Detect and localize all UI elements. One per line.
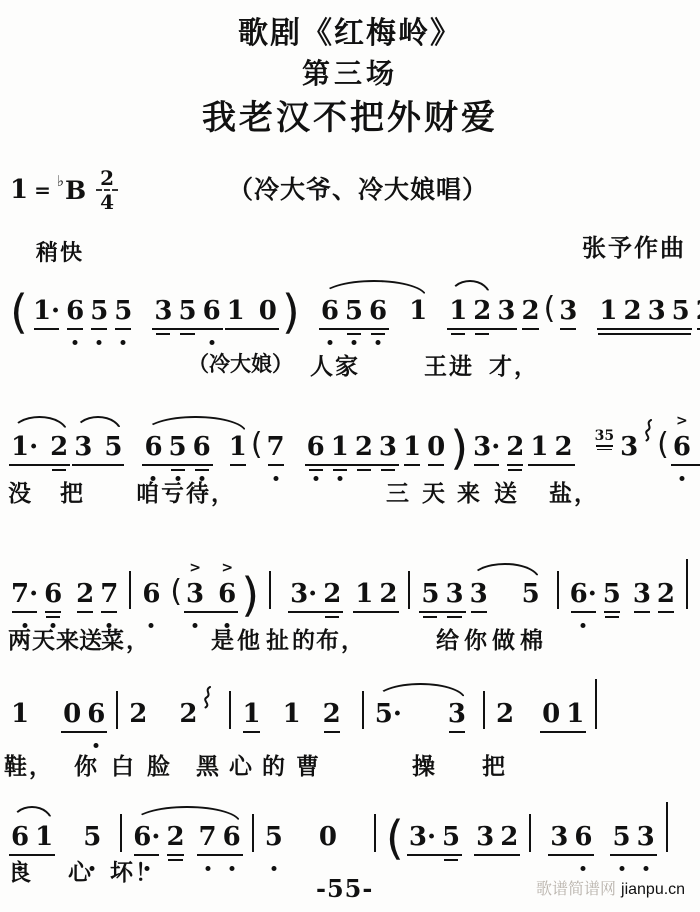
lyric-word: 布， [316,622,366,655]
note: 6 [193,432,211,462]
beam-line [52,469,66,471]
barline [529,814,531,852]
note: 2 [166,822,184,852]
note: 3 [559,296,577,326]
note: 2 [696,296,700,326]
note: 2 [657,579,675,609]
lyric-word: 两 [8,622,33,655]
note: 2 [473,296,491,326]
barline [252,814,254,852]
note: 2 [554,432,572,462]
beam-line [423,616,437,618]
lyric-word: 棉 [520,622,545,655]
beam-line [605,616,619,618]
lyric-word: 操 [412,748,437,781]
note: 2 [355,432,373,462]
note: 3· [473,432,500,462]
song-title: 我老汉不把外财爱 [0,90,700,139]
spacer [214,461,226,462]
note: 6 [11,822,29,852]
octave-dot [351,340,356,345]
lyric-word: 你 [464,622,489,655]
lyric-word: 没 [8,475,33,508]
slur-tie [449,280,491,297]
note: 6· [570,579,597,609]
composer-label: 张予作曲 [582,228,686,263]
note: 6 [321,296,339,326]
beam-line [428,464,444,466]
note: 3 [448,699,466,729]
meter-unit: 4 [100,191,114,212]
note: 5· [375,699,402,729]
note: 1 [530,432,548,462]
watermark-site: 歌谱简谱网 [536,881,616,898]
note: 7· [11,579,38,609]
parenthesis: ) [241,575,259,615]
note: 1· [33,296,60,326]
beam-line [522,328,538,330]
lyric-word: 曹 [296,748,321,781]
note: 1 [35,822,53,852]
lyrics-line-1: （冷大娘） 人家 王进 才， [0,348,700,378]
note-group: 1235 [596,296,692,326]
lyric-word: 的 [262,748,287,781]
note-group: 32 [473,822,521,852]
note: 1 [409,296,427,326]
note: 1 [283,699,301,729]
glissando-icon [643,419,654,452]
beam-line [540,731,586,733]
spacer [304,728,320,729]
note: 3 [470,579,488,609]
slur-tie [144,416,246,433]
spacer [188,851,196,852]
octave-dot [209,340,214,345]
rest-note: 0 [63,699,81,729]
lyric-word: （冷大娘） [188,348,293,378]
note: 2 [76,579,94,609]
notation-line-5: 6156·27650(3·5323653 [8,788,696,852]
glissando-icon [202,686,213,719]
note: 3 [476,822,494,852]
beam-line [371,333,385,335]
beam-line [142,464,212,466]
octave-dot [73,340,78,345]
note: 2 [129,699,147,729]
note-group: 5·3 [372,699,469,729]
note: 3 [637,822,655,852]
note-group: 656 [318,296,390,326]
beam-line [634,611,650,613]
parenthesis: ( [386,818,404,858]
note: 6 [307,432,325,462]
spacer [264,728,280,729]
lyric-word: 盐， [549,475,599,508]
note: 6 [574,822,592,852]
beam-line [67,328,83,330]
beam-line [156,333,170,335]
spacer [207,608,215,609]
lyric-word: 三 [386,475,411,508]
note: 6 [87,699,105,729]
note-group: 35 [467,579,543,609]
beam-line [475,333,489,335]
spacer [469,728,475,729]
note-group: 06 [60,699,108,729]
note-group: 6561 [141,432,249,462]
spacer [694,461,700,462]
lyric-word: 做 [492,622,517,655]
note: 2 [323,579,341,609]
note: 3 [379,432,397,462]
note: 2 [379,579,397,609]
barline [116,691,118,729]
note: 1 [11,699,29,729]
octave-dot [97,340,102,345]
note: 2 [179,699,197,729]
note-group: 356 [151,296,223,326]
beam-line [288,611,343,613]
watermark-url: jianpu.cn [621,881,685,898]
lyric-word: 给 [436,622,461,655]
key-do: 1 [10,175,28,205]
beam-line [72,464,124,466]
note-group: 36 [547,822,595,852]
note: 6 [44,579,62,609]
note: 3· [290,579,317,609]
flat-sign-icon: ♭ [57,172,64,190]
note: 5 [90,296,108,326]
spacer [95,461,101,462]
note: 3 [154,296,172,326]
note: 1 [449,296,467,326]
lyric-word: 心 [229,748,254,781]
barline [269,571,271,609]
spacer [104,851,112,852]
note-group: 1·2 [8,432,71,462]
lyric-word: 良 [8,854,33,887]
note: 1 [242,699,260,729]
lyric-word: 天 [32,622,57,655]
spacer [248,325,256,326]
beam-line [268,464,284,466]
page-number: -55- [316,874,373,903]
parenthesis-small: ( [544,294,556,324]
barline [557,571,559,609]
beam-line [471,611,487,613]
beam-line [171,469,185,471]
spacer [279,608,287,609]
note: 6 [66,296,84,326]
beam-line [451,333,465,335]
beam-line [46,616,60,618]
parenthesis-small: ( [251,430,263,460]
parenthesis: ) [450,428,468,468]
note: 2 [521,296,539,326]
note: 2 [496,699,514,729]
note: 1 [331,432,349,462]
beam-line [474,464,499,466]
spacer [65,608,73,609]
spacer [491,608,519,609]
note: 1· [11,432,38,462]
note: 5 [114,296,132,326]
spacer [539,851,547,852]
slur-tie [375,683,466,700]
note: 3> [186,579,204,609]
note: 3 [550,822,568,852]
beam-line [404,464,420,466]
beam-line [9,464,70,466]
beam-line [195,469,209,471]
note-group: 6561 [318,296,430,326]
beam-line [507,464,523,466]
lyric-word: 王进 [424,348,474,381]
beam-line [305,464,399,466]
lyric-word: 扯 [266,622,291,655]
note-group: 656 [141,432,213,462]
octave-dot [327,340,332,345]
barline [374,814,376,852]
barline [686,559,688,609]
key-signature: 1 = ♭ B 2 4 [10,168,118,212]
note: 5 [421,579,439,609]
beam-line [447,616,461,618]
slur-tie [74,416,122,433]
barline [666,802,668,852]
note: 5 [603,579,621,609]
note: 1 [403,432,421,462]
note-group: 3>6> [183,579,239,609]
note-group: 12 [527,432,575,462]
barline [408,571,410,609]
beam-line [324,731,340,733]
beam-line [230,464,246,466]
note-group: 6>3> [670,432,700,462]
lyric-word: 来 [457,475,482,508]
note-group: 3·5 [406,822,463,852]
spacer [517,728,539,729]
lyric-word: 天 [422,475,447,508]
lyric-word: 把 [482,748,507,781]
note: 6> [218,579,236,609]
note-group: 53 [609,822,657,852]
note: 6> [673,432,691,462]
note: 5 [442,822,460,852]
barline [120,814,122,852]
beam-line [571,611,596,613]
beam-line [152,328,222,330]
grace-notes: 35 [595,428,614,444]
note: 3 [620,432,638,462]
note: 5 [612,822,630,852]
spacer [340,851,366,852]
note: 3 [445,579,463,609]
note-group: 12 [446,296,494,326]
beam-line [357,469,371,471]
note: 5 [265,822,283,852]
beam-line [243,731,259,733]
note-group: 6123 [304,432,400,462]
meter-beats: 2 [96,168,118,191]
lyric-word: 是 [211,622,236,655]
beam-line [319,328,389,330]
beam-line [508,469,522,471]
watermark: 歌谱简谱网jianpu.cn [536,876,685,899]
notation-line-3: 7·6276(3>6>)3·21253356·532 [8,545,696,609]
note-group: 123 [446,296,518,326]
note: 7 [267,432,285,462]
note: 5 [169,432,187,462]
beam-line [309,469,323,471]
beam-line [61,731,107,733]
barline [129,571,131,609]
lyric-word: 菜， [101,622,151,655]
lyric-word: 鞋， [4,748,54,781]
beam-line [347,333,361,335]
rest-note: 0 [542,699,560,729]
parenthesis: ( [10,292,28,332]
note: 3· [409,822,436,852]
rest-note: 0 [259,296,277,326]
barline [229,691,231,729]
spacer [543,608,549,609]
beam-line [34,328,59,330]
barline [595,679,597,729]
lyric-word: 咱亏 [136,475,186,508]
lyric-word: 来 [56,622,81,655]
note: 2 [506,432,524,462]
note: 3 [633,579,651,609]
beam-line [225,328,279,330]
note-group: 12 [352,579,400,609]
note: 5 [178,296,196,326]
beam-line [333,469,347,471]
beam-line [381,469,395,471]
octave-dot [121,340,126,345]
lyric-word: 他 [237,622,262,655]
rest-note: 0 [319,822,337,852]
singers-label: （冷大爷、冷大娘唱） [228,170,488,206]
spacer [150,728,176,729]
note: 3 [497,296,515,326]
beam-line [45,611,61,613]
spacer [56,851,80,852]
note: 1 [229,432,247,462]
spacer [344,608,352,609]
beam-line [449,731,465,733]
lyrics-line-3: 两 天 来 送 菜， 是 他 扯 的 布， 给 你 做 棉 [0,622,700,652]
beam-line [528,464,574,466]
barline [483,691,485,729]
note: 5 [522,579,540,609]
beam-line [184,611,238,613]
key-letter: B [65,176,86,205]
note-group: 3·2 [287,579,344,609]
spacer [405,728,445,729]
beam-line [596,445,613,447]
note-group: 53 [418,579,466,609]
beam-line [325,616,339,618]
notation-line-2: 1·2356561(7612310)3·212353(6>3>) [8,398,696,462]
note-group: 61 [8,822,56,852]
accent-mark: > [221,560,233,576]
note-group: 01 [539,699,587,729]
slur-tie [321,280,427,297]
beam-line [447,328,517,330]
note: 5 [104,432,122,462]
note-group: 10 [224,296,280,326]
beam-line [597,328,691,330]
beam-line [180,333,194,335]
note: 6 [369,296,387,326]
lyric-word: 心 [68,854,93,887]
spacer [344,728,354,729]
note: 1 [599,296,617,326]
lyric-word: 送 [494,475,519,508]
beam-line [560,328,576,330]
equals-sign: = [34,178,51,202]
slur-tie [11,806,53,823]
spacer [390,325,406,326]
note: 2 [500,822,518,852]
beam-line [604,611,620,613]
sheet-music-page: 歌剧《红梅岭》 第三场 我老汉不把外财爱 1 = ♭ B 2 4 （冷大爷、冷大… [0,0,700,912]
spacer [286,851,316,852]
note: 1 [227,296,245,326]
lyric-word: 脸 [147,748,172,781]
lyric-word: 黑 [196,748,221,781]
lyric-word: 坏！ [110,854,160,887]
opera-title: 歌剧《红梅岭》 [0,8,700,52]
note: 5 [672,296,690,326]
note: 3 [74,432,92,462]
lyric-word: 才， [489,348,539,381]
note: 1 [566,699,584,729]
beam-line [671,464,700,466]
note: 2 [50,432,68,462]
beam-line [77,611,93,613]
beam-line [115,328,131,330]
beam-line [12,611,37,613]
slur-tie [470,563,540,580]
spacer [163,608,169,609]
note-group: 76 [196,822,244,852]
note: 1 [355,579,373,609]
note: 7 [199,822,217,852]
note: 5 [83,822,101,852]
lyric-word: 你 [74,748,99,781]
notation-line-1: (1·65535610)65611232(3123520) [8,262,696,326]
note: 2 [623,296,641,326]
beam-line [419,611,465,613]
lyric-word: 待， [186,475,236,508]
beam-line [597,449,612,451]
barline [362,691,364,729]
spacer [32,728,60,729]
note: 6 [223,822,241,852]
beam-line [353,611,399,613]
notation-line-4: 106221125·3201 [8,665,696,729]
note: 7 [100,579,118,609]
beam-line [598,333,690,335]
slur-tie [133,806,240,823]
spacer [463,851,473,852]
note-group: 6·276 [130,822,243,852]
note: 2 [323,699,341,729]
beam-line [91,328,107,330]
note: 6 [142,579,160,609]
